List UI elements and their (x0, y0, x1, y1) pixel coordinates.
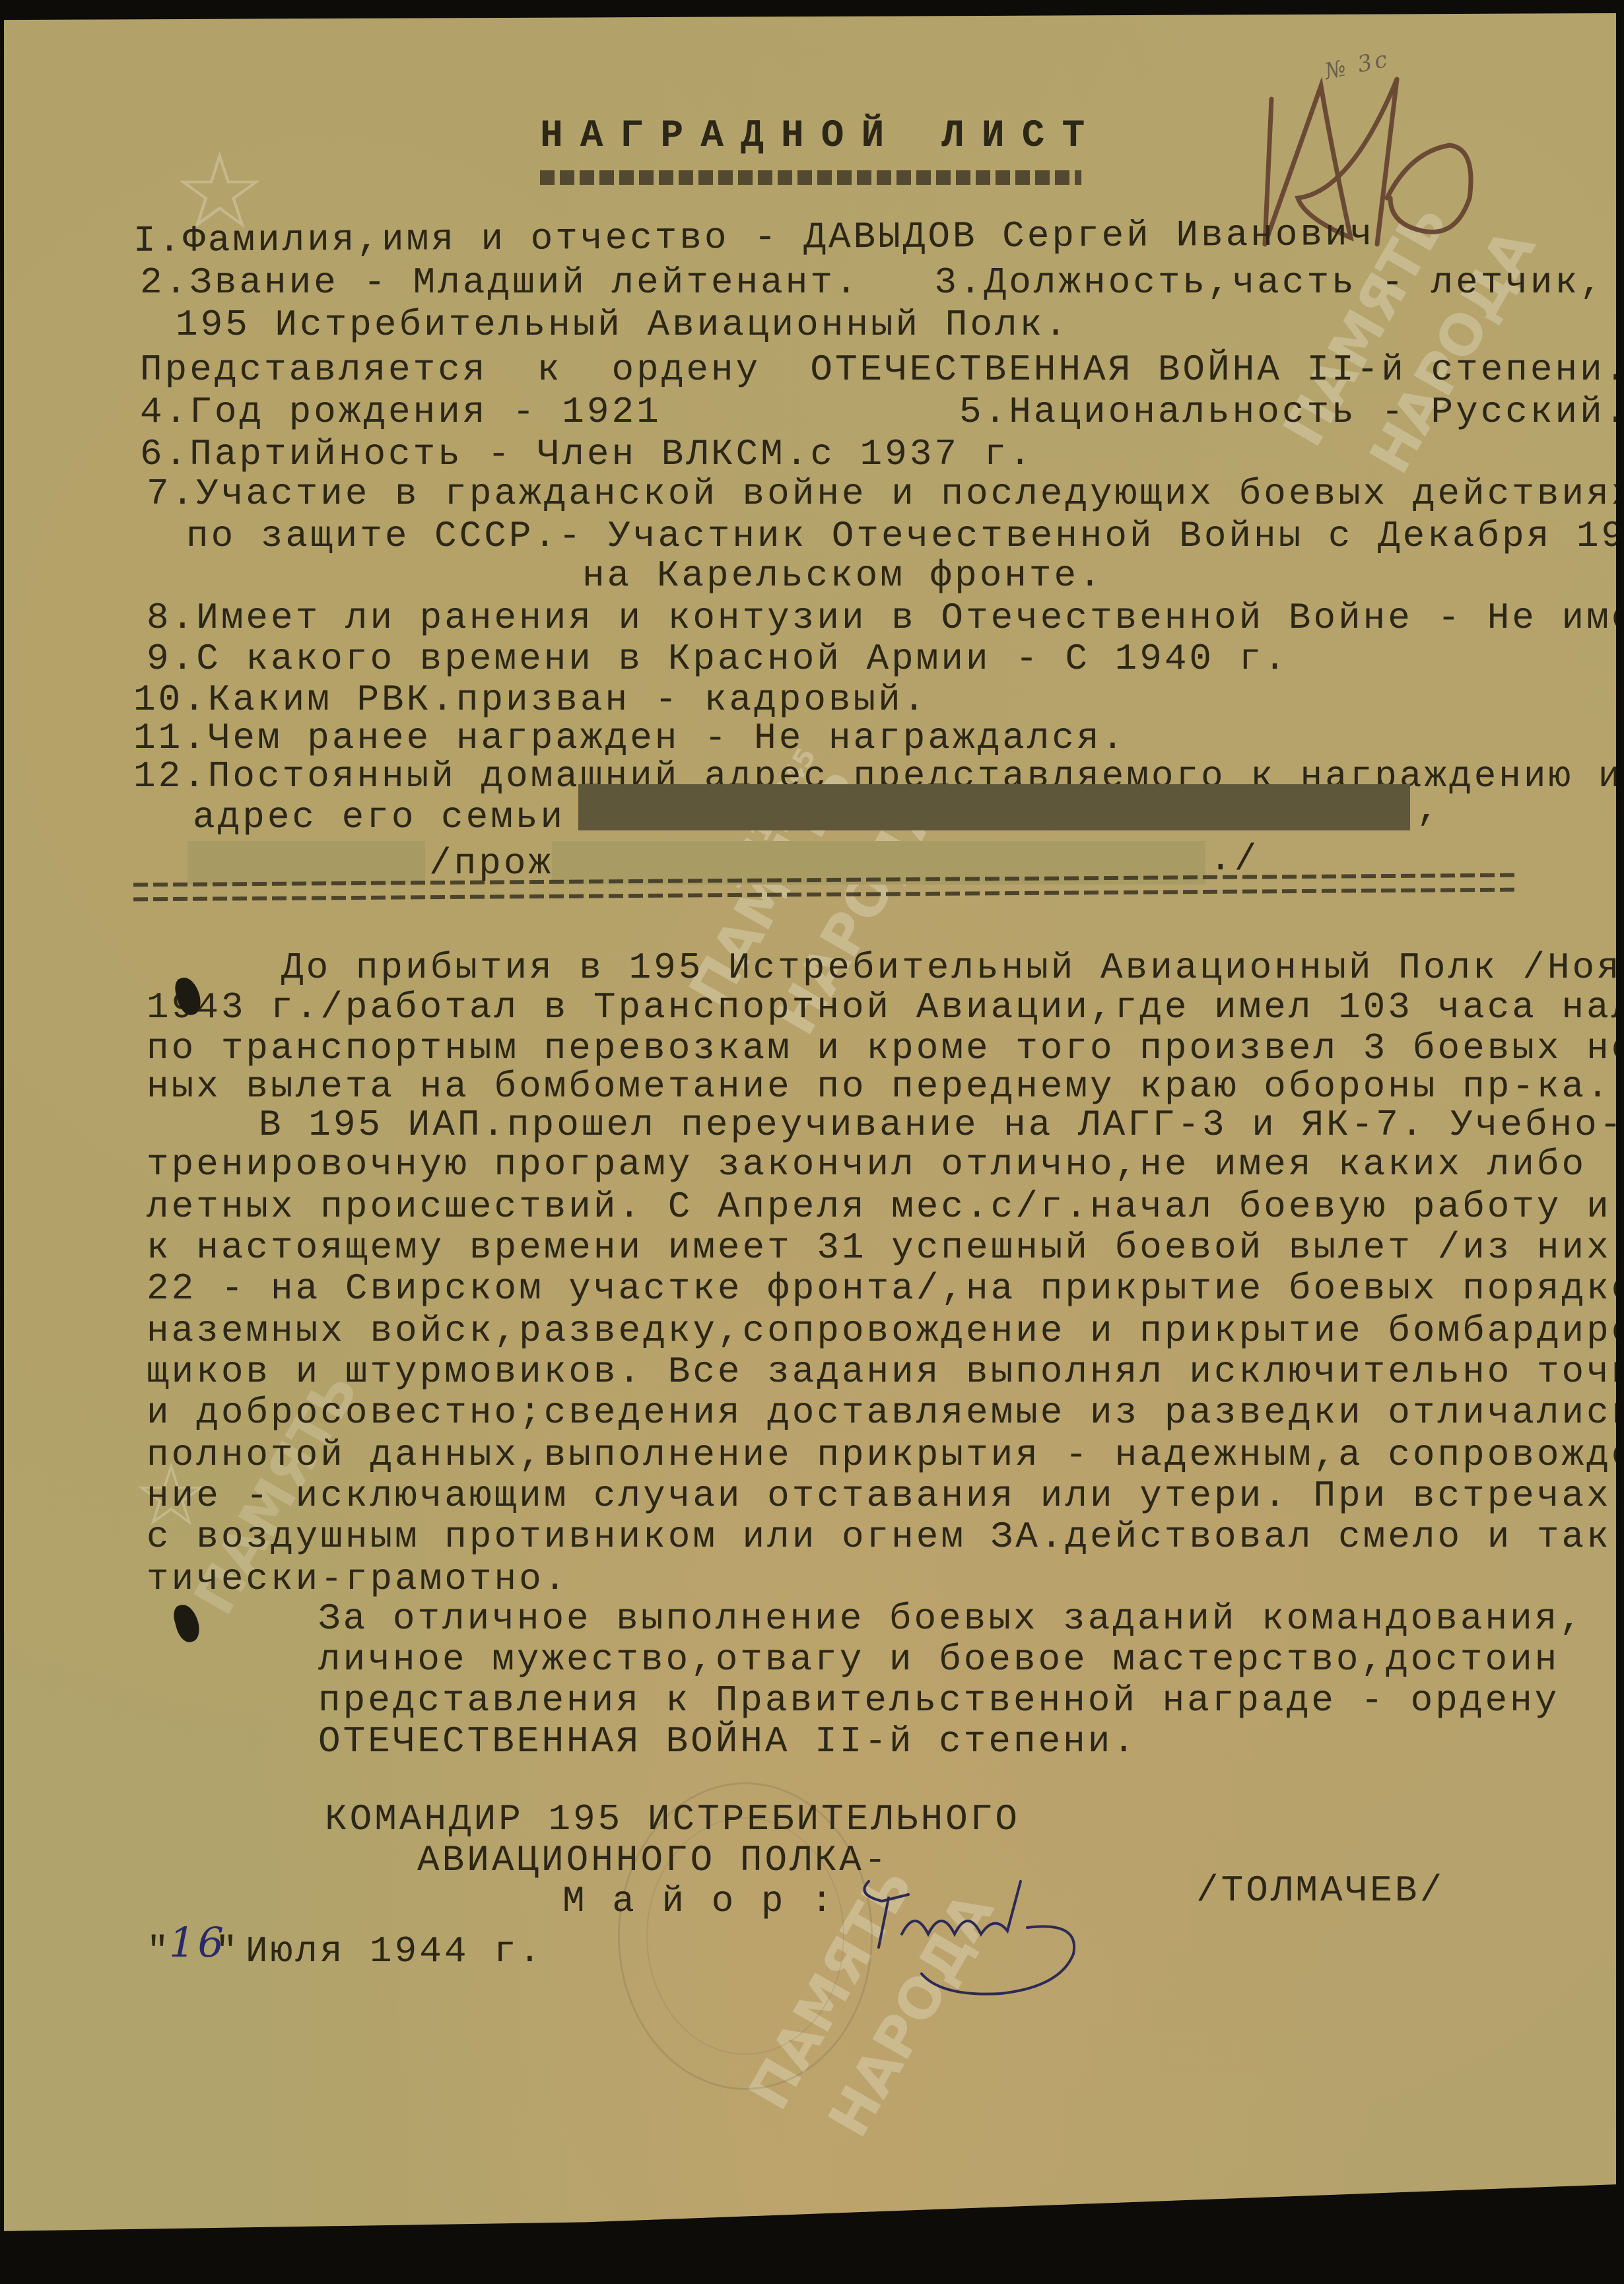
field-family-address-comma: , (1417, 791, 1442, 828)
narrative-line: полнотой данных,выполнение прикрытия - н… (147, 1436, 1624, 1473)
narrative-line: и добросовестно;сведения доставляемые из… (147, 1394, 1624, 1431)
date-month-year: Июля 1944 г. (246, 1933, 543, 1970)
field-war-participation: 7.Участие в гражданской войне и последую… (147, 475, 1624, 512)
narrative-line: ных вылета на бомбометание по переднему … (147, 1068, 1611, 1105)
field-war-participation-front: на Карельском фронте. (582, 557, 1104, 594)
field-residence-end: ./ (1209, 841, 1259, 878)
redacted-address-block (578, 784, 1410, 830)
document-title: НАГРАДНОЙ ЛИСТ (540, 118, 1102, 156)
narrative-line: по транспортным перевозкам и кроме того … (147, 1030, 1624, 1067)
field-previous-awards: 11.Чем ранее награжден - Не награждался. (133, 720, 1126, 756)
field-birth-nationality: 4.Год рождения - 1921 5.Национальность -… (140, 393, 1624, 430)
field-family-address-label: адрес его семьи - (193, 799, 615, 836)
field-rank-position: 2.Звание - Младший лейтенант. 3.Должност… (140, 264, 1605, 301)
conclusion-line: За отличное выполнение боевых заданий ко… (318, 1600, 1584, 1637)
date-close-quote: " (215, 1933, 240, 1970)
date-open-quote: " (147, 1933, 172, 1970)
narrative-line: До прибытия в 195 Истребительный Авиацио… (281, 949, 1624, 986)
award-sheet-page: ☆ ☆ ПАМЯТЬ НАРОДА ПАМЯТЬ НАРОДА 1941-194… (4, 13, 1616, 2238)
field-wounds: 8.Имеет ли ранения и контузии в Отечеств… (147, 599, 1624, 636)
field-conscription-office: 10.Каким РВК.призван - кадровый. (133, 681, 928, 718)
redacted-address-block (187, 841, 425, 885)
field-nominated-for: Представляется к ордену ОТЕЧЕСТВЕННАЯ ВО… (140, 351, 1624, 388)
commander-rank: М а й о р : (562, 1883, 836, 1920)
narrative-line: тренировочную програму закончил отлично,… (147, 1146, 1586, 1183)
narrative-line: В 195 ИАП.прошел переучивание на ЛАГГ-3 … (259, 1106, 1624, 1143)
field-army-since: 9.С какого времени в Красной Армии - С 1… (147, 640, 1289, 677)
conclusion-line: личное мужество,отвагу и боевое мастерст… (318, 1641, 1559, 1678)
title-underline (540, 170, 1081, 185)
narrative-line: 1943 г./работал в Транспортной Авиации,г… (147, 989, 1624, 1026)
ink-blot (171, 1602, 203, 1645)
commander-title-line1: КОМАНДИР 195 ИСТРЕБИТЕЛЬНОГО (325, 1801, 1020, 1838)
narrative-line: летных происшествий. С Апреля мес.с/г.на… (147, 1188, 1611, 1225)
field-full-name: I.Фамилия,имя и отчество - ДАВЫДОВ Серге… (133, 216, 1375, 259)
conclusion-line: ОТЕЧЕСТВЕННАЯ ВОЙНА II-й степени. (318, 1723, 1137, 1760)
narrative-line: ние - исключающим случаи отставания или … (147, 1477, 1611, 1514)
narrative-line: тически-грамотно. (147, 1561, 568, 1597)
field-unit: 195 Истребительный Авиационный Полк. (176, 306, 1069, 343)
narrative-line: 22 - на Свирском участке фронта/,на прик… (147, 1270, 1624, 1307)
narrative-line: с воздушным противником или огнем ЗА.дей… (147, 1518, 1624, 1555)
commander-signature (842, 1855, 1212, 2007)
narrative-line: щиков и штурмовиков. Все задания выполня… (147, 1353, 1624, 1390)
commander-title-line2: АВИАЦИОННОГО ПОЛКА- (417, 1842, 889, 1879)
field-party: 6.Партийность - Член ВЛКСМ.с 1937 г. (140, 436, 1034, 473)
narrative-line: наземных войск,разведку,сопровождение и … (147, 1312, 1624, 1349)
commander-name: /ТОЛМАЧЕВ/ (1196, 1872, 1444, 1909)
field-war-participation-cont: по защите СССР.- Участник Отечественной … (186, 518, 1624, 554)
narrative-line: к настоящему времени имеет 31 успешный б… (147, 1229, 1611, 1266)
conclusion-line: представления к Правительственной наград… (318, 1682, 1559, 1719)
